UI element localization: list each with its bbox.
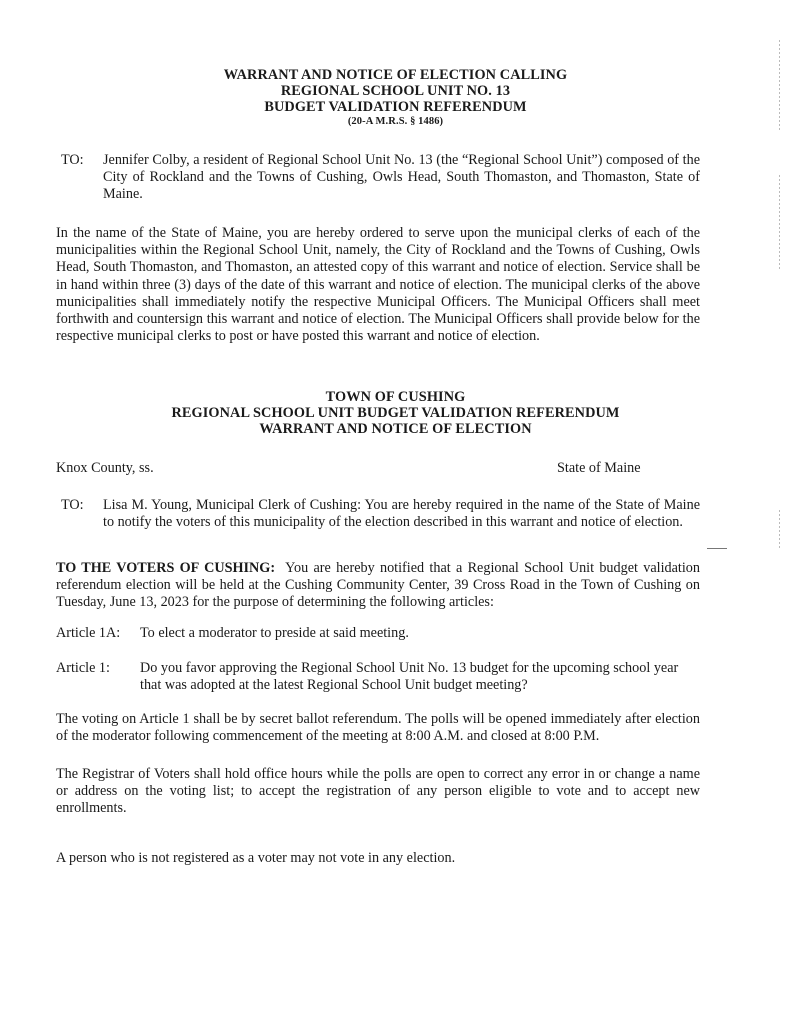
article-1a-label: Article 1A: — [56, 625, 120, 642]
registration-note: A person who is not registered as a vote… — [56, 850, 455, 867]
article-1a-text: To elect a moderator to preside at said … — [140, 625, 700, 642]
to-clerk-text: Lisa M. Young, Municipal Clerk of Cushin… — [103, 497, 700, 531]
town-heading-line-2: REGIONAL SCHOOL UNIT BUDGET VALIDATION R… — [0, 405, 791, 421]
voting-procedure-paragraph: The voting on Article 1 shall be by secr… — [56, 711, 700, 745]
scan-artifact-line — [779, 175, 780, 270]
to-clerk-body: Lisa M. Young, Municipal Clerk of Cushin… — [103, 497, 700, 530]
document-title-block: WARRANT AND NOTICE OF ELECTION CALLING R… — [0, 67, 791, 129]
town-heading-block: TOWN OF CUSHING REGIONAL SCHOOL UNIT BUD… — [0, 389, 791, 437]
town-heading-line-1: TOWN OF CUSHING — [0, 389, 791, 405]
state-venue: State of Maine — [557, 460, 641, 477]
to-clerk-label: TO: — [61, 497, 84, 514]
scan-artifact-dash — [707, 548, 727, 549]
service-order-paragraph: In the name of the State of Maine, you a… — [56, 225, 700, 345]
county-venue: Knox County, ss. — [56, 460, 154, 477]
to-resident-text: Jennifer Colby, a resident of Regional S… — [103, 152, 700, 204]
warrant-document-page: WARRANT AND NOTICE OF ELECTION CALLING R… — [0, 0, 791, 1024]
scan-artifact-line — [779, 40, 780, 130]
to-resident-label: TO: — [61, 152, 84, 169]
scan-artifact-line — [779, 510, 780, 550]
registrar-paragraph: The Registrar of Voters shall hold offic… — [56, 766, 700, 818]
title-line-3: BUDGET VALIDATION REFERENDUM — [0, 99, 791, 115]
statute-citation: (20-A M.R.S. § 1486) — [0, 115, 791, 129]
title-line-2: REGIONAL SCHOOL UNIT NO. 13 — [0, 83, 791, 99]
article-1-text: Do you favor approving the Regional Scho… — [140, 660, 700, 694]
voters-notice-lead: TO THE VOTERS OF CUSHING: — [56, 560, 275, 576]
title-line-1: WARRANT AND NOTICE OF ELECTION CALLING — [0, 67, 791, 83]
voters-notice-paragraph: TO THE VOTERS OF CUSHING: You are hereby… — [56, 560, 700, 612]
article-1-label: Article 1: — [56, 660, 110, 677]
town-heading-line-3: WARRANT AND NOTICE OF ELECTION — [0, 421, 791, 437]
